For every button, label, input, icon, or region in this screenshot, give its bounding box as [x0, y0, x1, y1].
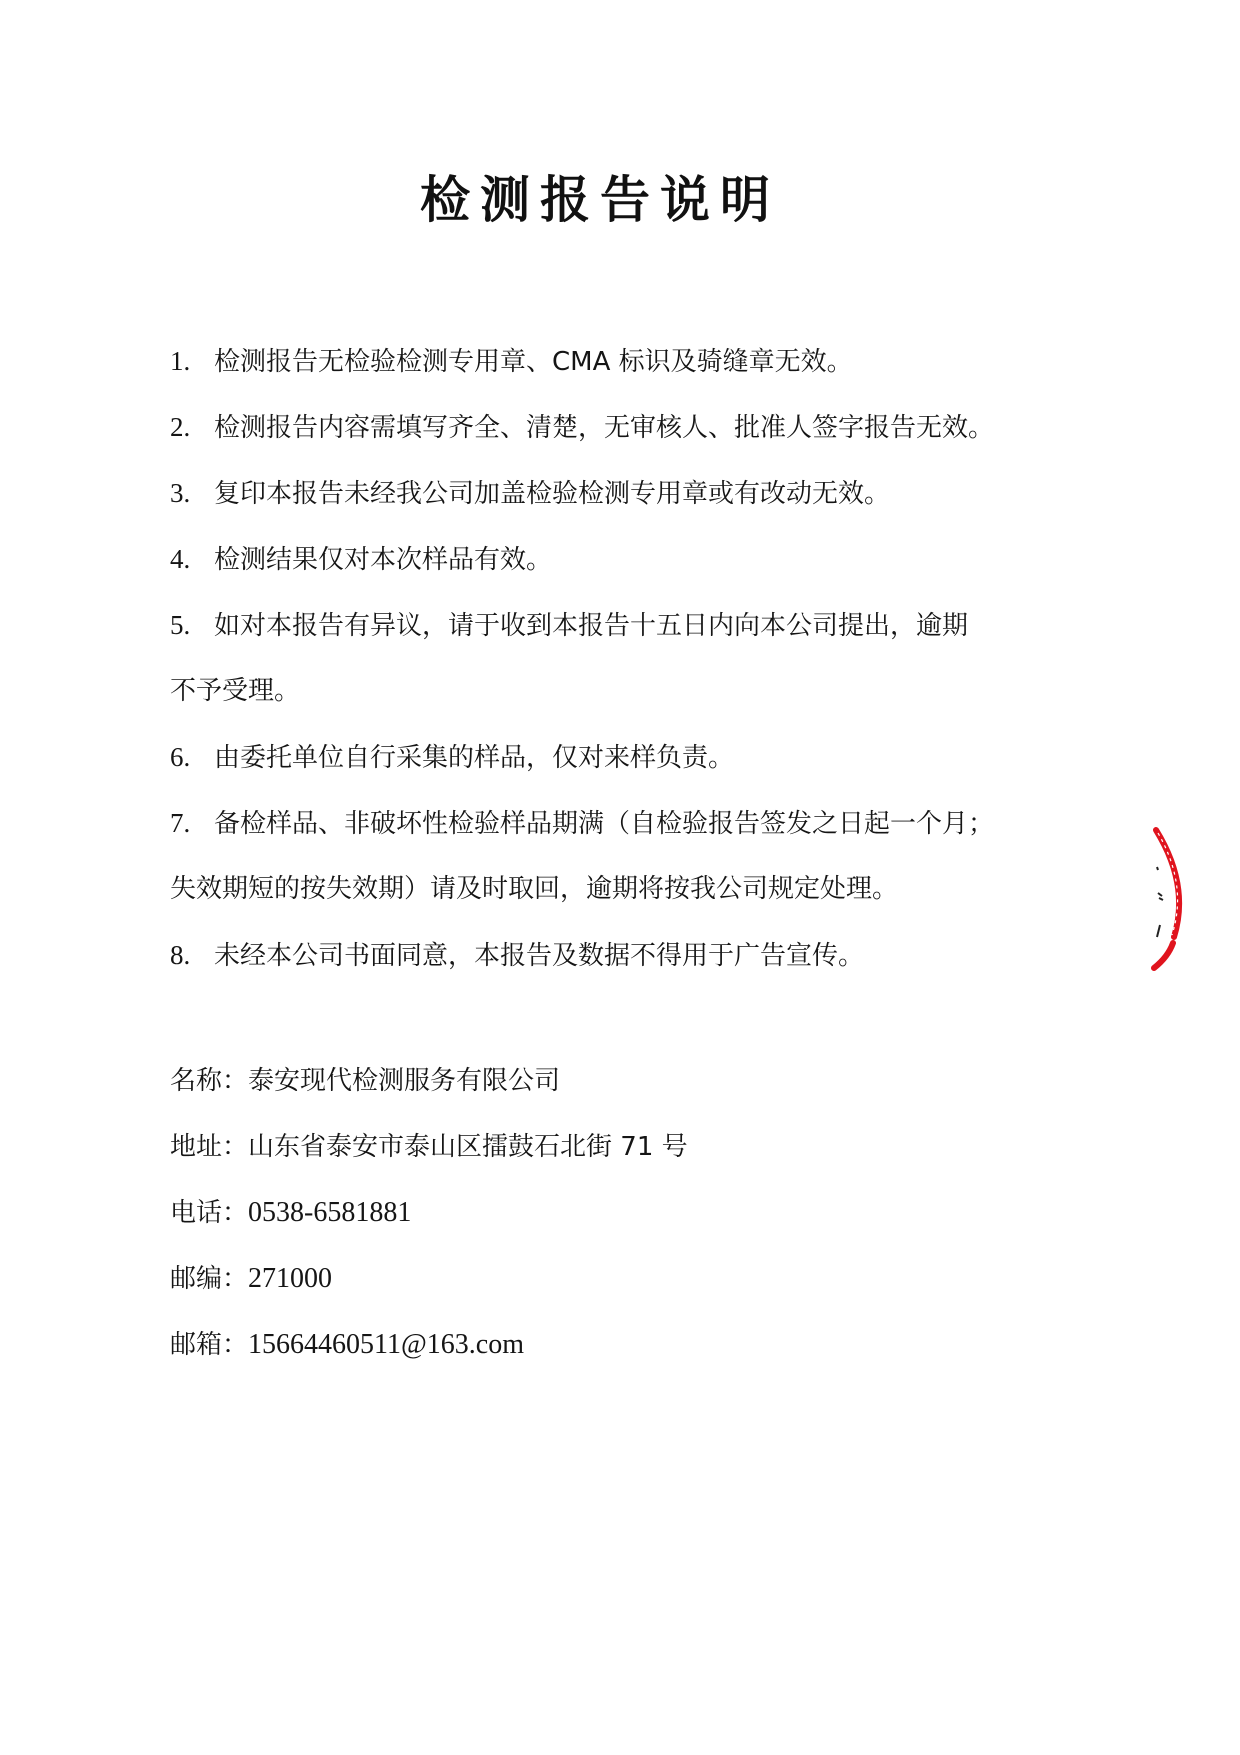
note-item-8: 8.未经本公司书面同意，本报告及数据不得用于广告宣传。 — [170, 922, 1070, 988]
note-number: 7. — [170, 790, 214, 856]
note-number: 3. — [170, 460, 214, 526]
contact-postcode-row: 邮编：271000 — [170, 1246, 1070, 1312]
document-page: 检测报告说明 1.检测报告无检验检测专用章、CMA 标识及骑缝章无效。 2.检测… — [0, 0, 1240, 1755]
company-address: 山东省泰安市泰山区擂鼓石北街 71 号 — [248, 1132, 688, 1162]
note-item-5: 5.如对本报告有异议，请于收到本报告十五日内向本公司提出，逾期 — [170, 592, 1070, 658]
email-label: 邮箱： — [170, 1330, 248, 1360]
note-item-7: 7.备检样品、非破坏性检验样品期满（自检验报告签发之日起一个月； — [170, 790, 1070, 856]
page-title: 检测报告说明 — [0, 160, 1200, 232]
note-item-3: 3.复印本报告未经我公司加盖检验检测专用章或有改动无效。 — [170, 460, 1070, 526]
postcode: 271000 — [248, 1263, 332, 1294]
contact-name-row: 名称：泰安现代检测服务有限公司 — [170, 1048, 1070, 1114]
note-text: 复印本报告未经我公司加盖检验检测专用章或有改动无效。 — [214, 479, 890, 509]
note-item-7-continuation: 失效期短的按失效期）请及时取回，逾期将按我公司规定处理。 — [170, 856, 1070, 922]
note-number: 8. — [170, 922, 214, 988]
note-text: 检测结果仅对本次样品有效。 — [214, 545, 552, 575]
notes-list: 1.检测报告无检验检测专用章、CMA 标识及骑缝章无效。 2.检测报告内容需填写… — [170, 328, 1070, 988]
note-text: 如对本报告有异议，请于收到本报告十五日内向本公司提出，逾期 — [214, 611, 968, 641]
note-item-4: 4.检测结果仅对本次样品有效。 — [170, 526, 1070, 592]
note-number: 2. — [170, 394, 214, 460]
note-item-6: 6.由委托单位自行采集的样品，仅对来样负责。 — [170, 724, 1070, 790]
note-number: 6. — [170, 724, 214, 790]
contact-phone-row: 电话：0538-6581881 — [170, 1180, 1070, 1246]
note-item-2: 2.检测报告内容需填写齐全、清楚，无审核人、批准人签字报告无效。 — [170, 394, 1070, 460]
note-text: 未经本公司书面同意，本报告及数据不得用于广告宣传。 — [214, 941, 864, 971]
contact-address-row: 地址：山东省泰安市泰山区擂鼓石北街 71 号 — [170, 1114, 1070, 1180]
contact-block: 名称：泰安现代检测服务有限公司 地址：山东省泰安市泰山区擂鼓石北街 71 号 电… — [170, 1048, 1070, 1378]
note-item-5-continuation: 不予受理。 — [170, 658, 1070, 724]
note-text: 由委托单位自行采集的样品，仅对来样负责。 — [214, 743, 734, 773]
email-address: 15664460511@163.com — [248, 1329, 524, 1360]
note-text: 检测报告内容需填写齐全、清楚，无审核人、批准人签字报告无效。 — [214, 413, 994, 443]
contact-email-row: 邮箱：15664460511@163.com — [170, 1312, 1070, 1378]
note-text: 检测报告无检验检测专用章、CMA 标识及骑缝章无效。 — [214, 347, 853, 377]
phone-number: 0538-6581881 — [248, 1197, 411, 1228]
seal-stamp-icon — [1150, 825, 1210, 975]
postcode-label: 邮编： — [170, 1264, 248, 1294]
phone-label: 电话： — [170, 1198, 248, 1228]
note-number: 5. — [170, 592, 214, 658]
note-item-1: 1.检测报告无检验检测专用章、CMA 标识及骑缝章无效。 — [170, 328, 1070, 394]
note-number: 1. — [170, 328, 214, 394]
note-text: 备检样品、非破坏性检验样品期满（自检验报告签发之日起一个月； — [214, 809, 994, 839]
note-number: 4. — [170, 526, 214, 592]
address-label: 地址： — [170, 1132, 248, 1162]
name-label: 名称： — [170, 1066, 248, 1096]
company-name: 泰安现代检测服务有限公司 — [248, 1066, 560, 1096]
